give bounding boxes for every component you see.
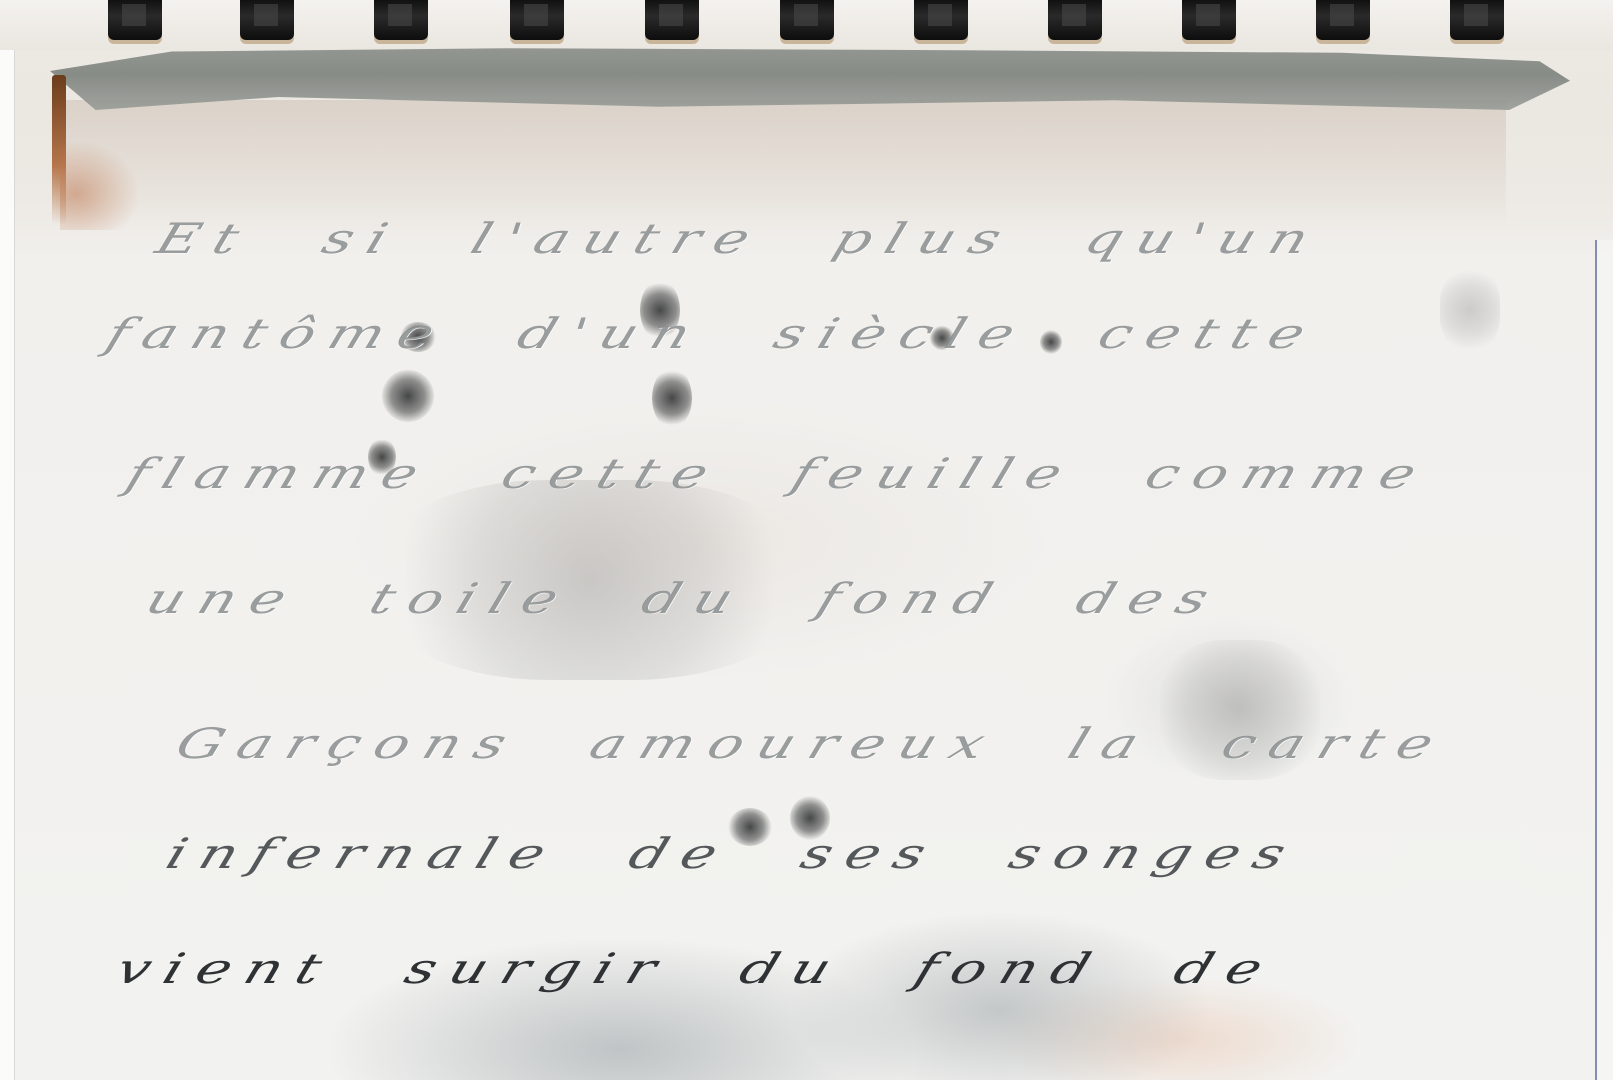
word: toile: [363, 574, 579, 623]
word: l'autre: [465, 214, 771, 263]
word: cette: [495, 449, 729, 498]
word: siècle: [768, 309, 1036, 358]
word: du: [636, 574, 754, 623]
word: surgir: [399, 944, 677, 993]
word: qu'un: [1078, 214, 1329, 263]
word: fond: [908, 944, 1111, 993]
word: infernale: [160, 829, 566, 878]
word: cette: [1092, 309, 1326, 358]
handwriting-line-6: infernale de ses songes: [160, 829, 1346, 878]
word: ses: [795, 829, 947, 878]
word: de: [1168, 944, 1283, 993]
word: amoureux: [584, 719, 1006, 768]
word: la: [1062, 719, 1159, 768]
word: vient: [110, 944, 342, 993]
word: de: [623, 829, 738, 878]
word: carte: [1216, 719, 1454, 768]
word: Et: [150, 214, 260, 263]
handwriting-line-5: Garçons amoureux la carte: [170, 719, 1494, 768]
word: fond: [811, 574, 1014, 623]
word: du: [733, 944, 851, 993]
handwritten-text: Et si l'autre plus qu'un fantôme d'un si…: [0, 0, 1613, 1080]
handwriting-line-7: vient surgir du fond de: [110, 944, 1323, 993]
word: Garçons: [170, 719, 527, 768]
handwriting-line-2: fantôme d'un siècle cette: [100, 309, 1366, 358]
word: comme: [1139, 449, 1437, 498]
handwriting-line-1: Et si l'autre plus qu'un: [150, 214, 1369, 263]
handwriting-line-4: une toile du fond des: [140, 574, 1269, 623]
word: plus: [827, 214, 1022, 263]
handwriting-line-3: flamme cette feuille comme: [120, 449, 1477, 498]
word: feuille: [786, 449, 1083, 498]
word: d'un: [511, 309, 711, 358]
word: songes: [1003, 829, 1306, 878]
notebook-page: Et si l'autre plus qu'un fantôme d'un si…: [0, 0, 1613, 1080]
word: des: [1070, 574, 1229, 623]
word: une: [140, 574, 307, 623]
word: si: [316, 214, 408, 263]
word: flamme: [120, 449, 439, 498]
word: fantôme: [100, 309, 455, 358]
